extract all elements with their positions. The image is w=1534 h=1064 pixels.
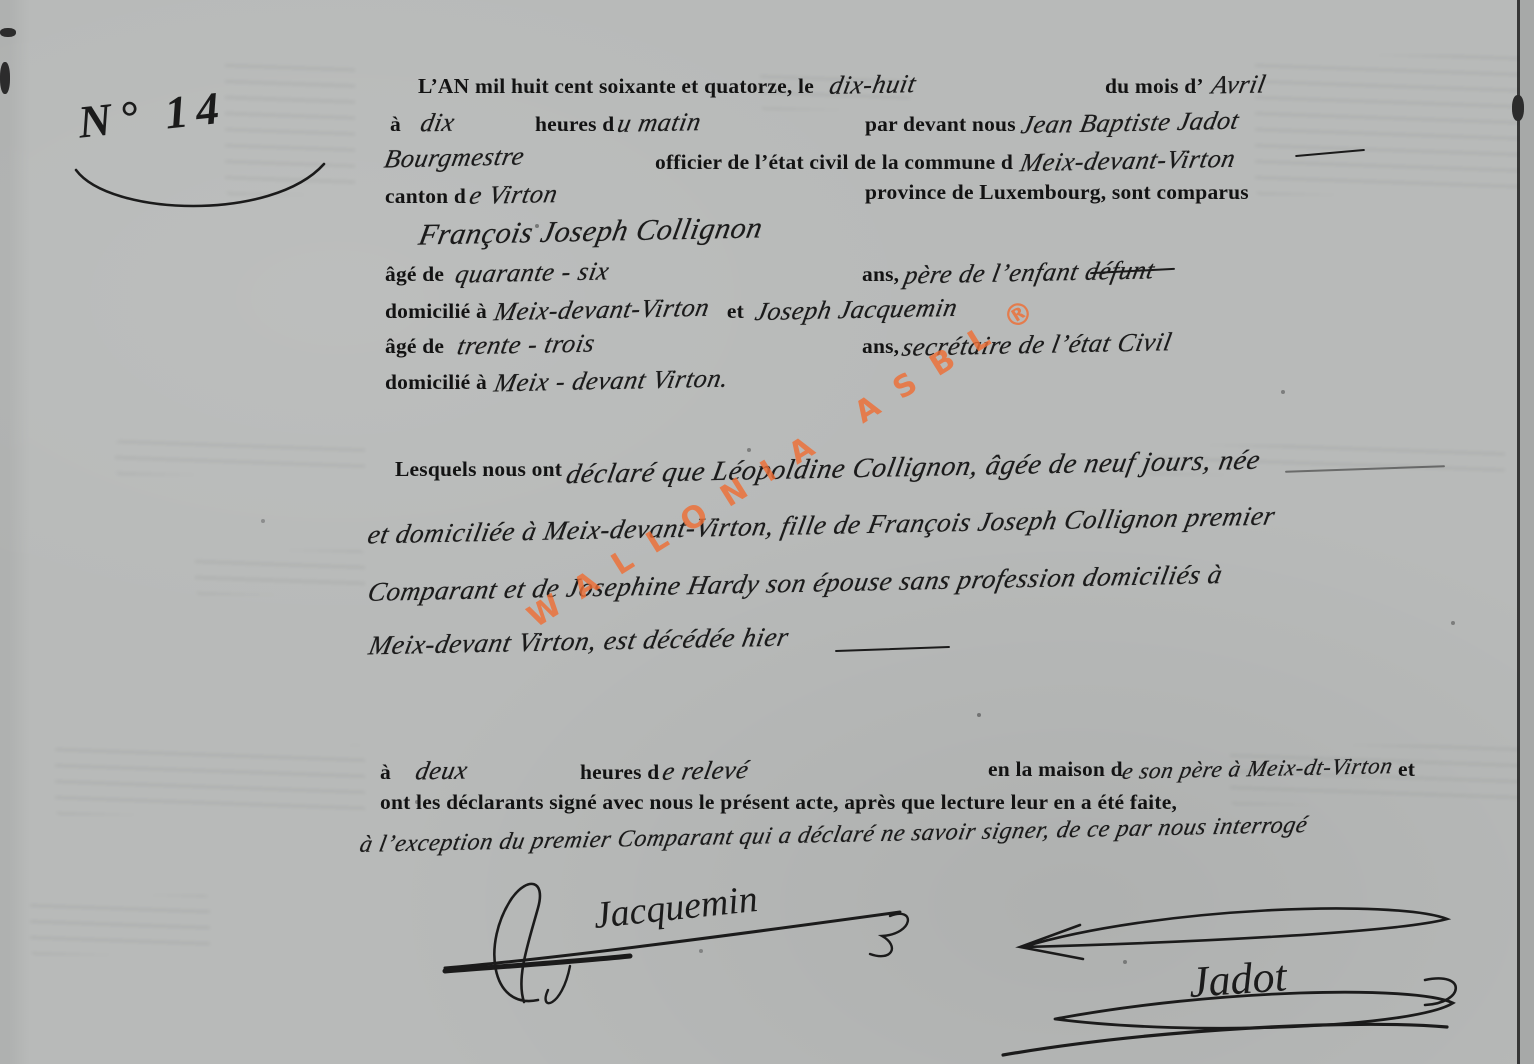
canton-label-printed: canton d [385,184,466,208]
witness-signature-name: Jacquemin [592,878,760,937]
province-label-printed: province de Luxembourg, sont comparus [865,180,1249,204]
time-of-day-value: u matin [615,107,704,139]
act-line-9: domicilié àMeix - devant Virton. [385,366,728,396]
hours-label-printed: heures d [535,112,614,136]
declaration-line-1: Lesquels nous ontdéclaré que Léopoldine … [395,452,1259,484]
declaration-line-3: Comparant et de Josephine Hardy son épou… [370,568,1221,599]
act-line-8: âgé detrente - trois ans,secrétaire de l… [385,330,595,360]
residence-label-printed: domicilié à [385,370,487,394]
edge-smudge [0,62,10,94]
page-edge-line [1517,0,1520,1064]
edge-smudge [0,28,16,37]
declarant1-name-value: François Joseph Collignon [416,211,766,252]
residence-label-printed: domicilié à [385,299,487,323]
act-line-1: L’AN mil huit cent soixante et quatorze,… [418,70,916,100]
years-label-printed: ans, [862,262,899,286]
deceased-info-value: déclaré que Léopoldine Collignon, âgée d… [564,445,1264,491]
declarant2-name-value: Joseph Jacquemin [753,293,961,327]
act-line-7: domicilié àMeix-devant-VirtonetJoseph Ja… [385,295,957,325]
officer-signature-name: Jadot [1187,951,1290,1007]
closing-formula-printed: ont les déclarants signé avec nous le pr… [380,790,1177,814]
bleed-through-ghost [1255,55,1525,195]
month-label-printed: du mois d’ [1105,74,1204,98]
witness-signature: Jacquemin [420,850,930,1025]
declaration-line-2: et domiciliée à Meix-devant-Virton, fill… [370,510,1273,541]
bleed-through-ghost [115,440,365,475]
officer-title-value: Bourgmestre [382,142,527,175]
years-label-printed: ans, [862,334,899,358]
house-label-printed: en la maison d [988,757,1123,781]
month-value: Avril [1209,69,1269,100]
at-label-printed: à [390,112,401,136]
declarant1-residence-value: Meix-devant-Virton [492,293,713,327]
hours-label-printed: heures d [580,760,659,784]
declarant2-residence-value: Meix - devant Virton. [492,364,732,399]
and-label-printed: et [1398,757,1415,781]
at-label-printed: à [380,760,391,784]
age-label-printed: âgé de [385,334,444,358]
death-record-scan: N° 14 L’AN mil huit cent soixante et qua… [0,0,1534,1064]
act-number: N° 14 [76,80,230,148]
scan-edge-strip [1520,0,1534,1064]
officer-name-value: Jean Baptiste Jadot [1018,106,1241,141]
declarant1-age-value: quarante - six [453,256,612,289]
act-line-2: àdix heures du matin par devant nousJean… [390,108,455,138]
civil-officer-label-printed: officier de l’état civil de la commune d [655,150,1013,174]
death-place-value: e son père à Meix-dt-Virton [1120,753,1395,785]
age-label-printed: âgé de [385,262,444,286]
declaration-label-printed: Lesquels nous ont [395,457,562,481]
act-line-5: François Joseph Collignon [420,215,762,249]
afternoon-value: e relevé [660,755,751,787]
preamble-year-printed: L’AN mil huit cent soixante et quatorze,… [418,74,814,98]
and-label-printed: et [727,299,744,323]
declarant1-relation-value: père de l’enfant défunt [902,255,1158,290]
death-statement-value: Meix-devant Virton, est décédée hier [366,622,791,662]
edge-smudge [1512,95,1524,121]
commune-value: Meix-devant-Virton [1018,144,1239,178]
declaration-line-4: Meix-devant Virton, est décédée hier [370,626,788,657]
act-number-flourish [62,158,342,233]
deceased-residence-parents-value: et domiciliée à Meix-devant-Virton, fill… [365,501,1278,551]
bleed-through-ghost [55,745,365,815]
act-line-3: Bourgmestre officier de l’état civil de … [385,143,524,173]
day-of-month-value: dix-huit [827,69,919,101]
declarant2-age-value: trente - trois [455,329,598,362]
closing-line-2: ont les déclarants signé avec nous le pr… [380,790,1177,815]
closing-line-1: àdeux heures de relevé en la maison de s… [380,756,467,786]
bleed-through-ghost [195,550,365,595]
closing-line-3: à l’exception du premier Comparant qui a… [362,822,1305,849]
death-hour-value: deux [413,755,470,786]
hour-value: dix [418,108,457,139]
dust-specks [0,0,2,2]
before-us-label-printed: par devant nous [865,112,1016,136]
act-line-6: âgé dequarante - six ans,père de l’enfan… [385,258,609,288]
bleed-through-ghost [30,895,210,955]
pen-stroke [835,646,950,652]
canton-value: e Virton [467,179,560,211]
act-line-4: canton de Virton province de Luxembourg,… [385,180,557,210]
officer-signature: Jadot [995,885,1495,1063]
mother-info-value: Comparant et de Josephine Hardy son épou… [365,559,1225,608]
